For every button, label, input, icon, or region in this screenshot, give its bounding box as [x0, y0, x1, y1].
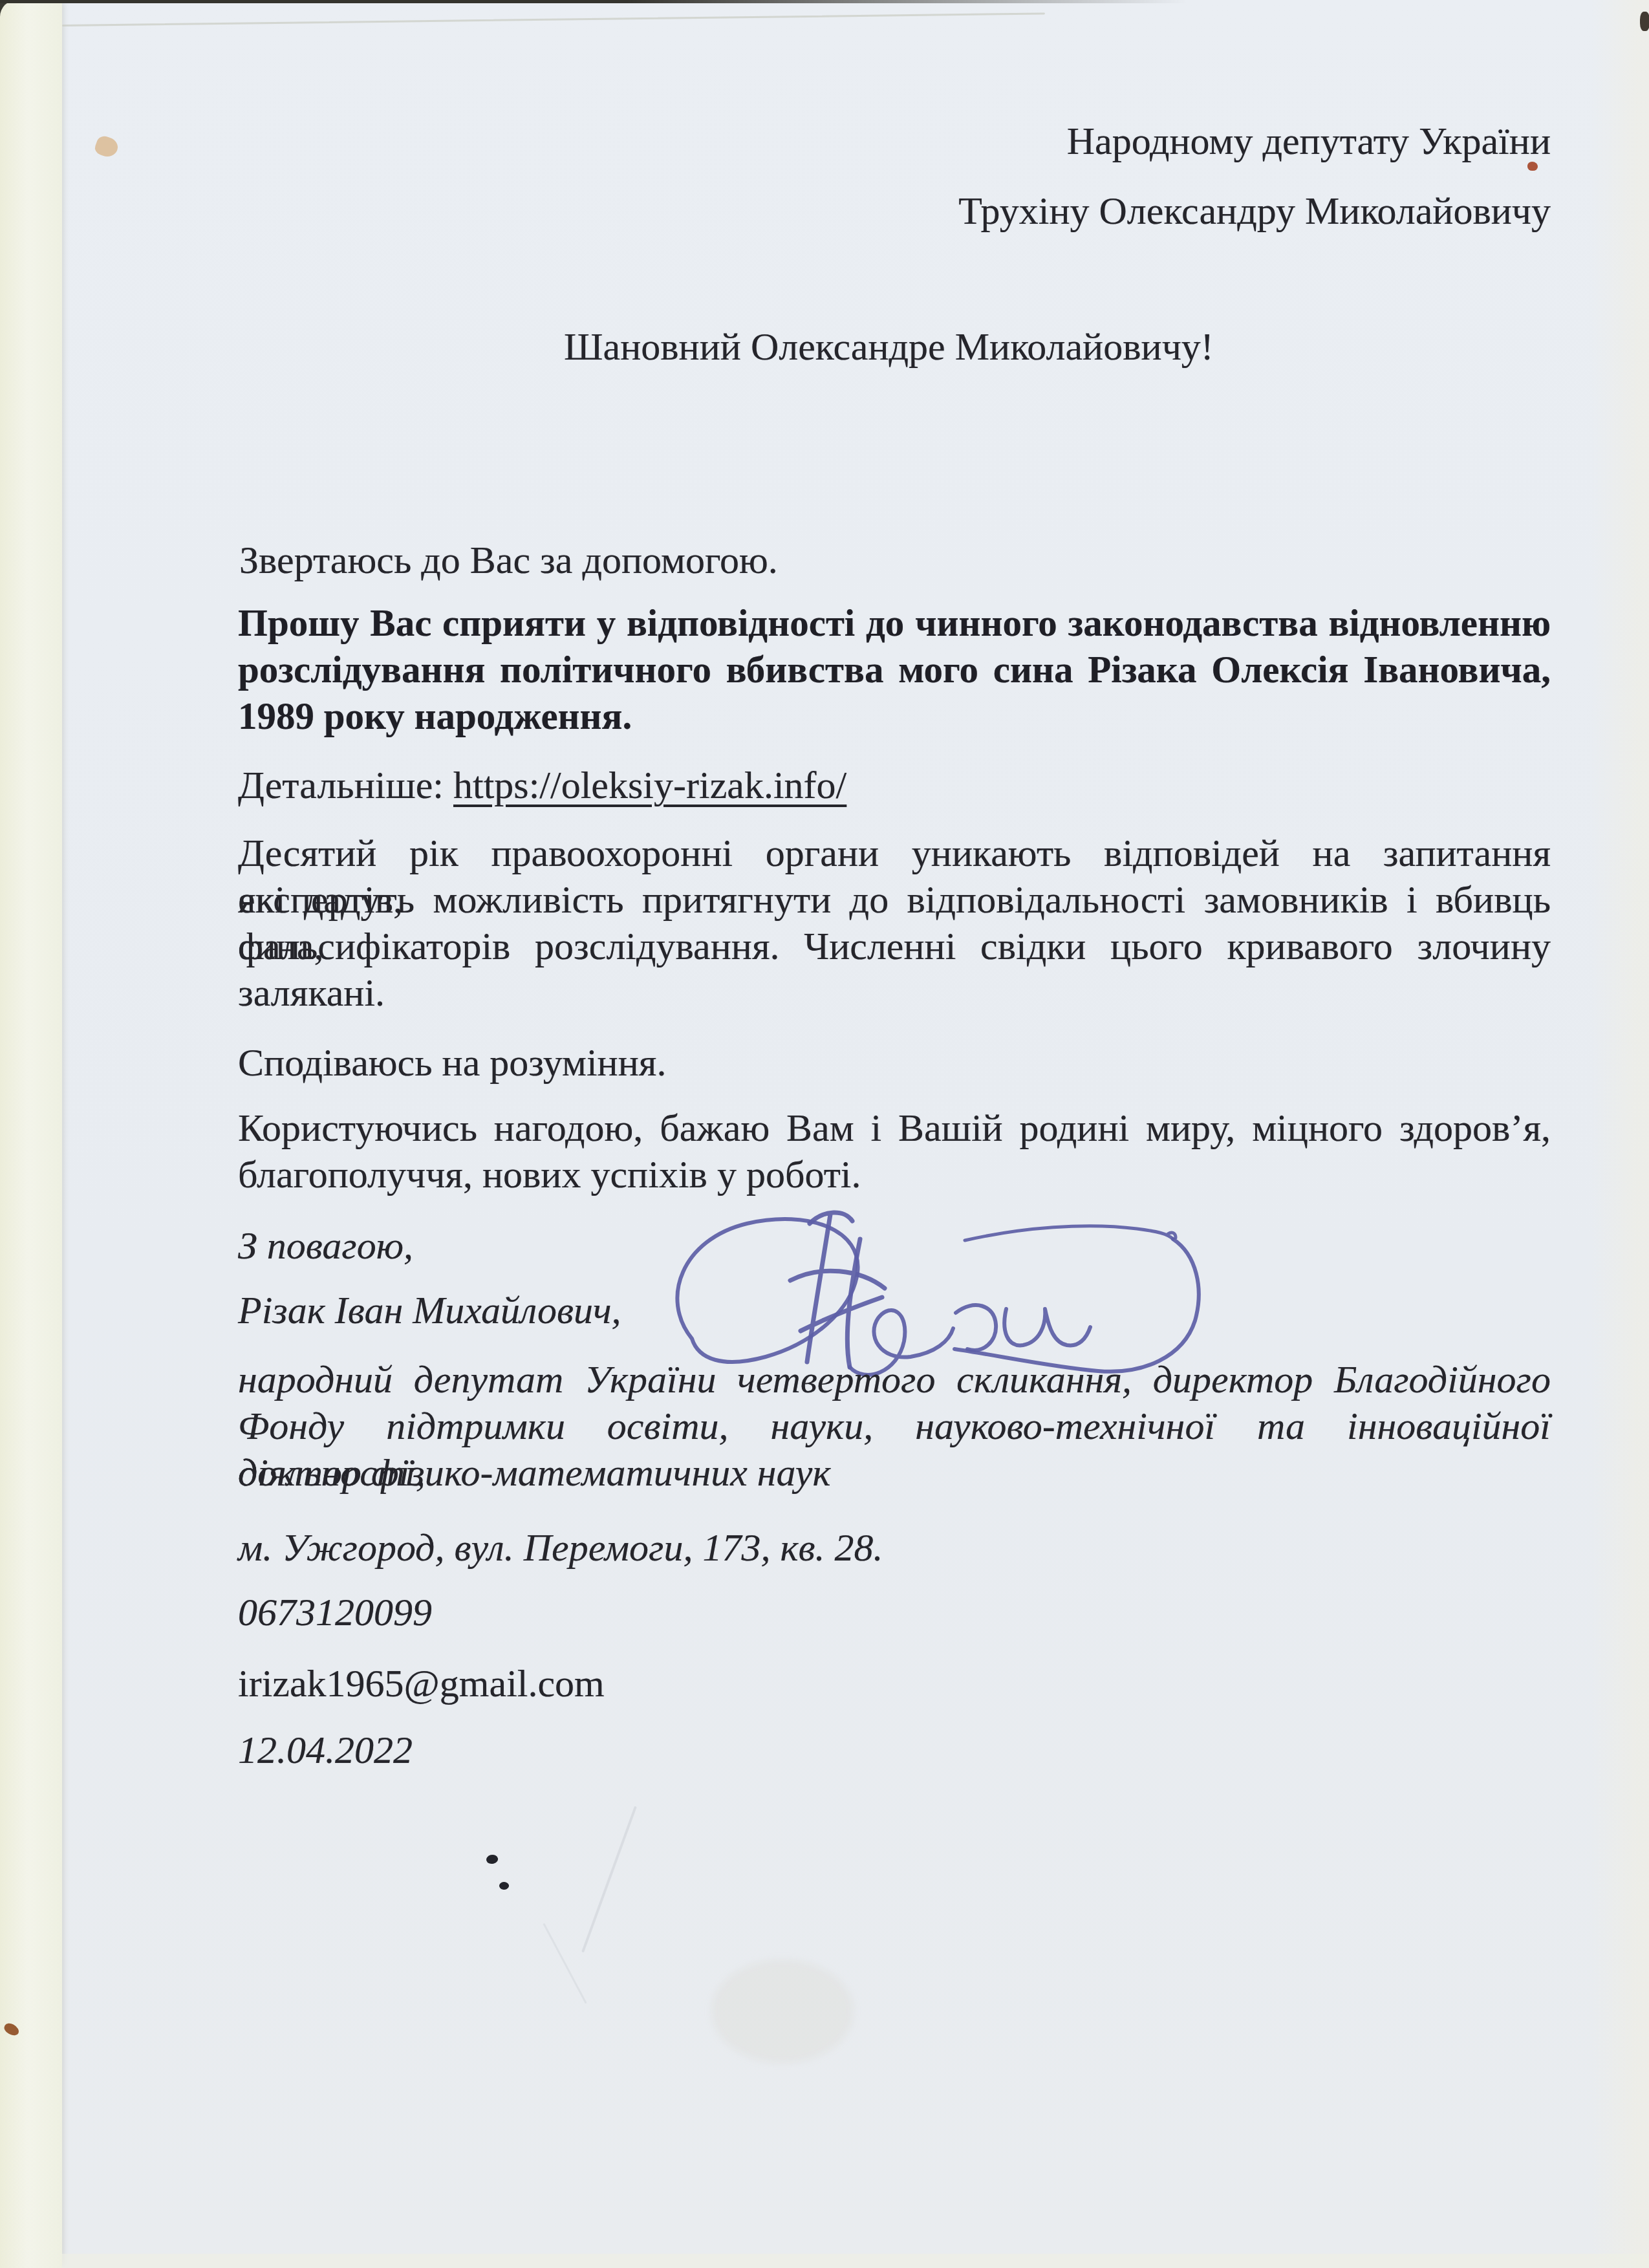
salutation: Шановний Олександре Миколайовичу!	[564, 323, 1214, 370]
sender-email: irizak1965@gmail.com	[238, 1660, 605, 1707]
paper-bottom-edge-tint	[62, 2254, 1649, 2268]
scanner-top-shadow	[0, 0, 1649, 3]
paper-stain	[93, 134, 120, 160]
paragraph-opening: Звертаюсь до Вас за допомогою.	[239, 537, 778, 583]
recipient-line-1: Народному депутату України	[1067, 118, 1551, 164]
paper-smudge	[711, 1960, 854, 2063]
sender-name: Різак Іван Михайлович,	[238, 1287, 621, 1334]
paragraph-wishes-line: благополуччя, нових успіхів у роботі.	[238, 1151, 1551, 1198]
signature-stroke	[965, 1226, 1176, 1240]
scanner-corner-speck	[1640, 12, 1649, 31]
paragraph-wishes: Користуючись нагодою, бажаю Вам і Вашій …	[238, 1105, 1551, 1198]
paragraph-request-line: Прошу Вас сприяти у відповідності до чин…	[238, 599, 1551, 646]
paper-crease	[581, 1806, 637, 1953]
paragraph-request-line: 1989 року народження.	[238, 693, 1551, 739]
sender-title-line: доктор фізико-математичних наук	[238, 1449, 1551, 1496]
paragraph-request-line: розслідування політичного вбивства мого …	[238, 646, 1551, 693]
valediction: З повагою,	[238, 1222, 413, 1269]
paragraph-request: Прошу Вас сприяти у відповідності до чин…	[238, 599, 1551, 739]
paragraph-investigation: Десятий рік правоохоронні органи уникают…	[238, 830, 1551, 1016]
paper-speck	[1527, 162, 1538, 171]
sender-title: народний депутат України четвертого скли…	[238, 1356, 1551, 1496]
ink-speck	[499, 1881, 510, 1891]
signature-stroke	[677, 1219, 857, 1362]
signature-stroke	[956, 1305, 1090, 1350]
sender-title-line: Фонду підтримки освіти, науки, науково-т…	[238, 1403, 1551, 1449]
sender-phone: 0673120099	[238, 1589, 432, 1636]
scanned-letter-page: Народному депутату України Трухіну Олекс…	[0, 0, 1649, 2268]
paragraph-hope: Сподіваюсь на розуміння.	[238, 1039, 666, 1086]
paragraph-investigation-line: фальсифікаторів розслідування. Численні …	[238, 923, 1551, 969]
letter-date: 12.04.2022	[238, 1727, 413, 1773]
sender-address: м. Ужгород, вул. Перемоги, 173, кв. 28.	[238, 1524, 883, 1571]
paragraph-wishes-line: Користуючись нагодою, бажаю Вам і Вашій …	[238, 1105, 1551, 1151]
paragraph-investigation-line: Десятий рік правоохоронні органи уникают…	[238, 830, 1551, 876]
paper-top-edge-line	[62, 12, 1045, 27]
recipient-line-2: Трухіну Олександру Миколайовичу	[958, 188, 1551, 234]
paper-right-edge-tint	[1591, 0, 1649, 2268]
ink-speck	[485, 1853, 499, 1865]
sender-title-line: народний депутат України четвертого скли…	[238, 1356, 1551, 1403]
paragraph-investigation-line: залякані.	[238, 969, 1551, 1016]
signature-stroke	[790, 1213, 885, 1367]
signature-stroke	[954, 1239, 1199, 1372]
details-line: Детальніше: https://oleksiy-rizak.info/	[238, 762, 846, 808]
scanner-edge-strip	[0, 0, 62, 2268]
details-label: Детальніше:	[238, 764, 453, 806]
details-link[interactable]: https://oleksiy-rizak.info/	[453, 764, 846, 806]
paragraph-investigation-line: які дадуть можливість притягнути до відп…	[238, 876, 1551, 923]
paper-crease	[543, 1923, 587, 2003]
